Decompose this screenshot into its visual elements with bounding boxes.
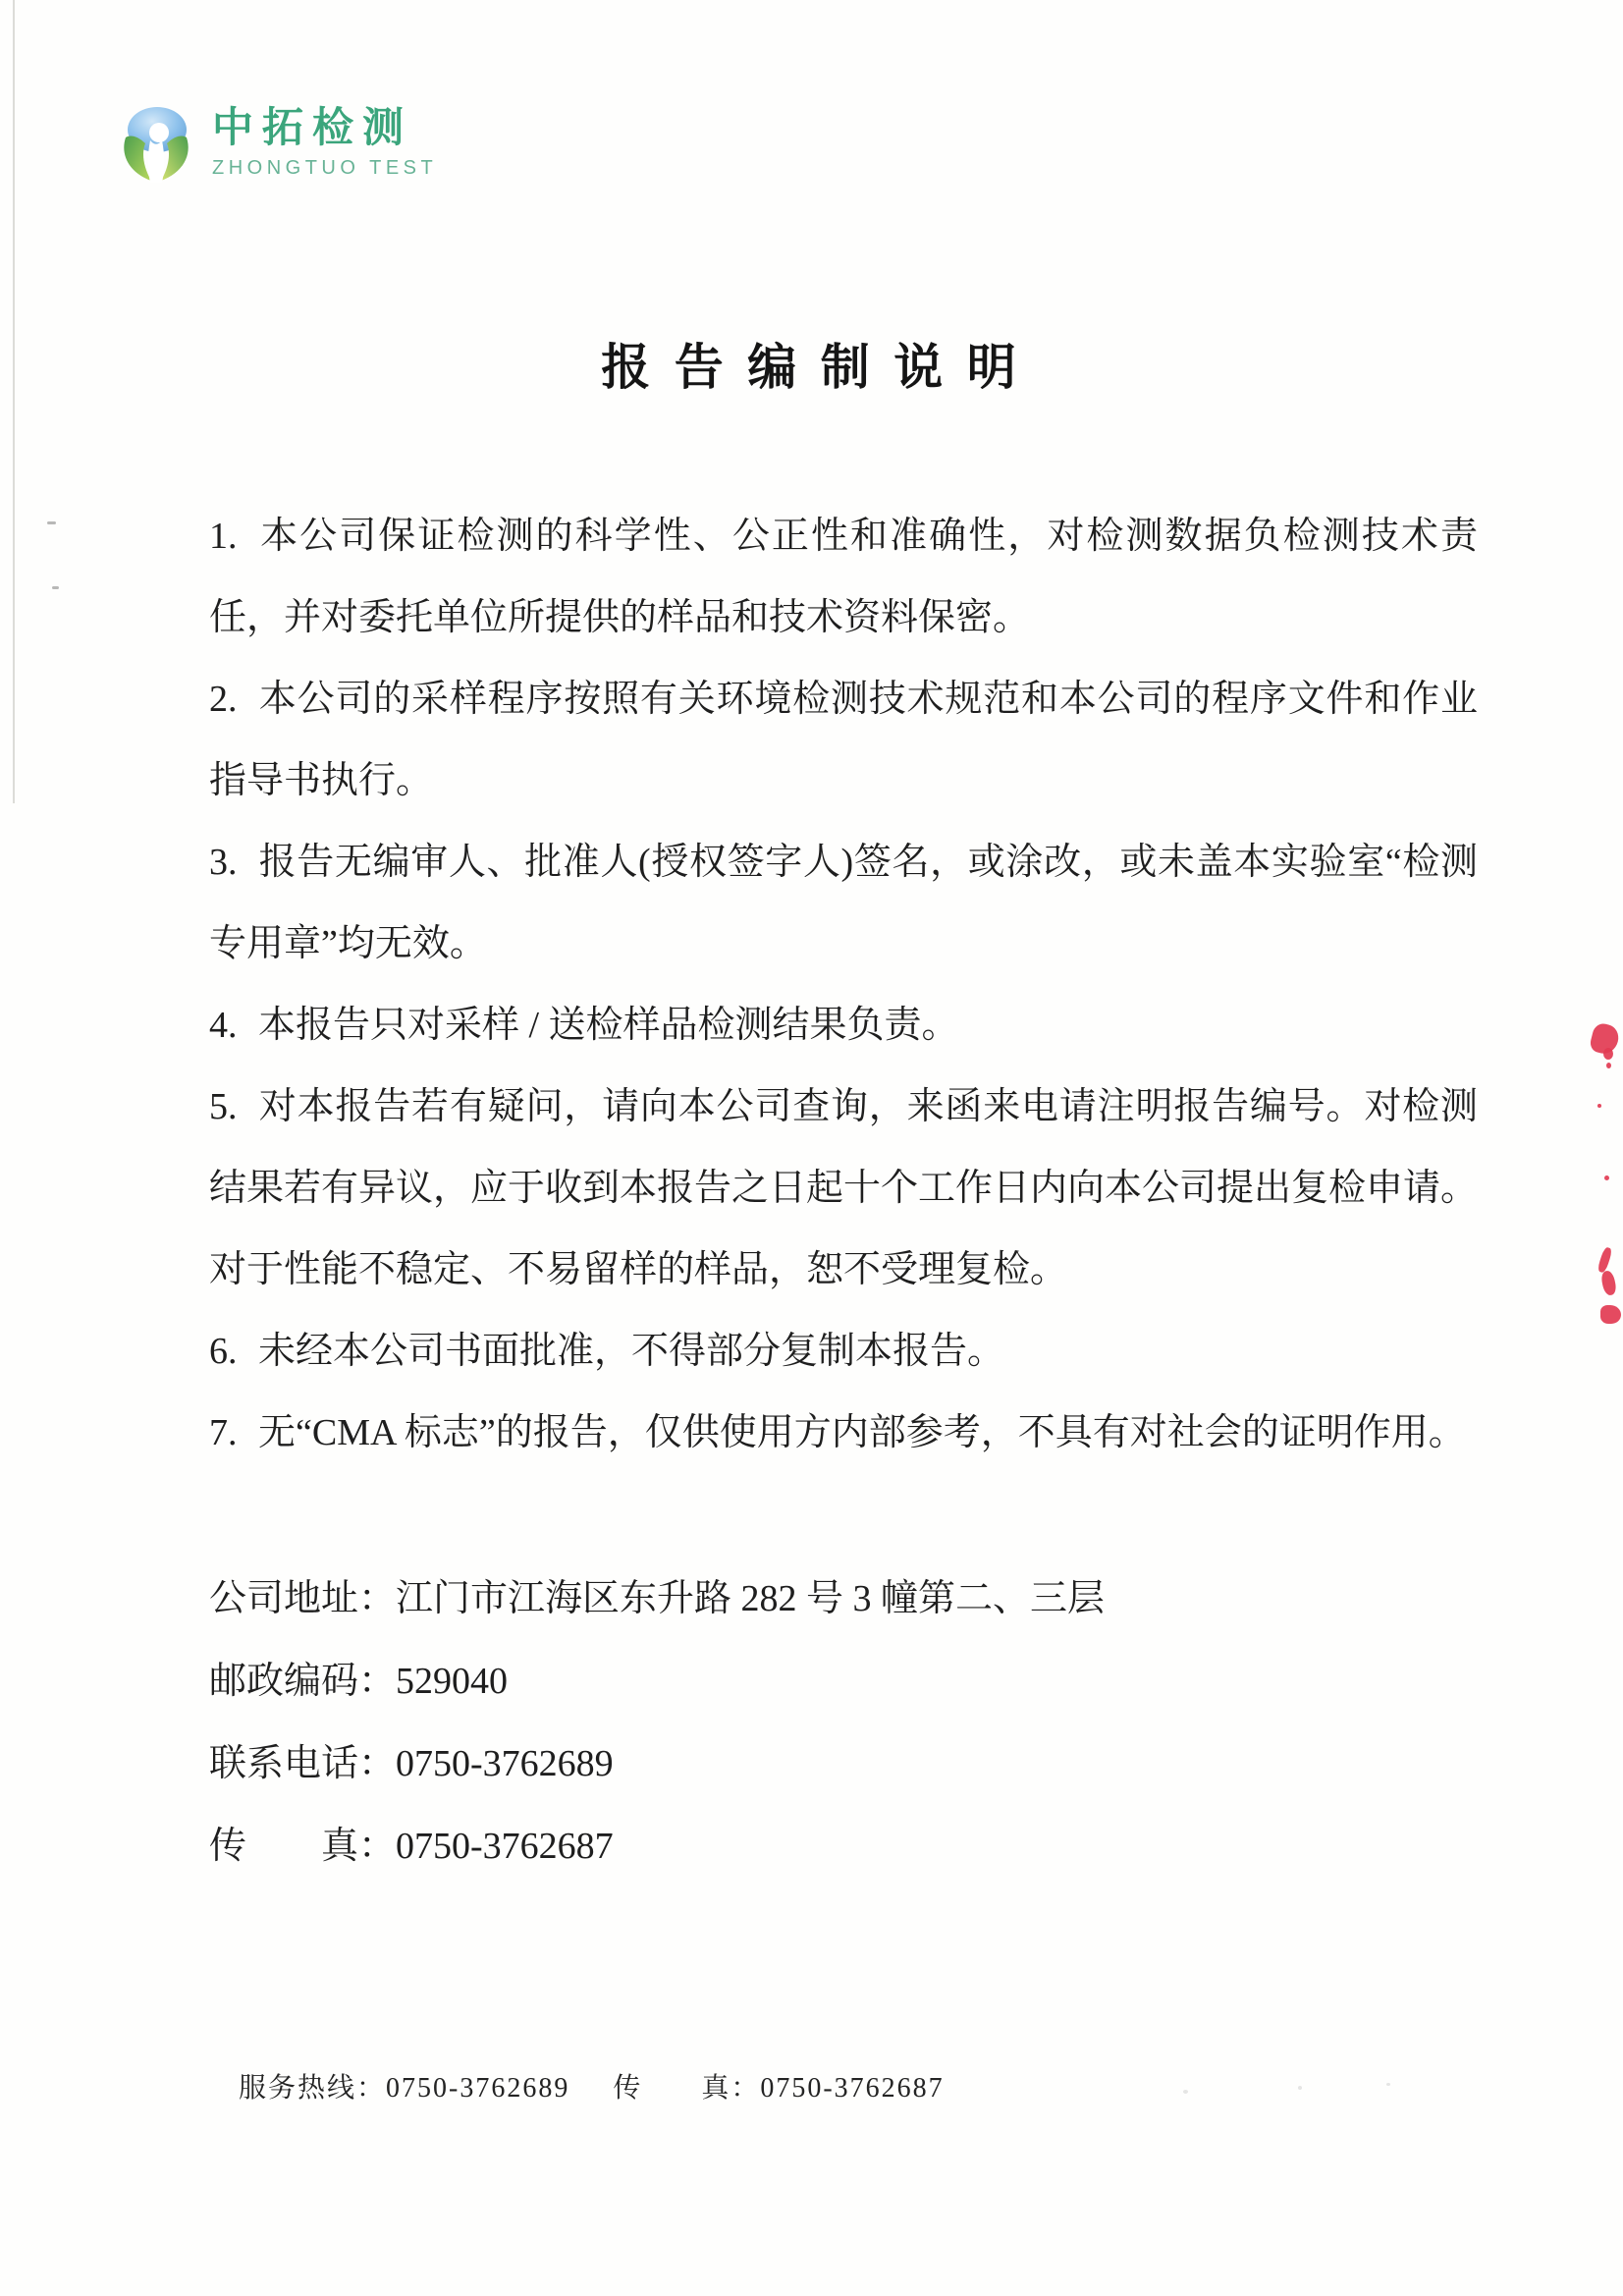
red-stamp-artifact (1596, 1246, 1613, 1274)
note-item-3: 3.报告无编审人、批准人(授权签字人)签名，或涂改，或未盖本实验室“检测专用章”… (209, 822, 1478, 985)
phone-value: 0750-3762689 (396, 1743, 614, 1784)
note-item-7: 7.无“CMA 标志”的报告，仅供使用方内部参考，不具有对社会的证明作用。 (209, 1393, 1478, 1474)
logo-name-en: ZHONGTUO TEST (212, 157, 437, 180)
note-number: 4. (209, 985, 258, 1066)
postcode-label: 邮政编码： (209, 1661, 396, 1702)
note-text: 无“CMA 标志”的报告，仅供使用方内部参考，不具有对社会的证明作用。 (258, 1412, 1466, 1453)
note-number: 7. (209, 1393, 258, 1474)
note-text: 未经本公司书面批准，不得部分复制本报告。 (258, 1331, 1004, 1372)
scan-ghost-speck (1183, 2090, 1188, 2094)
red-stamp-artifact (1606, 1063, 1611, 1068)
note-number: 1. (209, 496, 258, 577)
company-address-line: 公司地址：江门市江海区东升路 282 号 3 幢第二、三层 (209, 1558, 1105, 1640)
red-stamp-artifact (1603, 1048, 1613, 1060)
company-phone-line: 联系电话：0750-3762689 (209, 1722, 1105, 1805)
note-text: 对本报告若有疑问，请向本公司查询，来函来电请注明报告编号。对检测结果若有异议，应… (209, 1086, 1478, 1290)
red-stamp-artifact (1600, 1305, 1621, 1324)
note-item-5: 5.对本报告若有疑问，请向本公司查询，来函来电请注明报告编号。对检测结果若有异议… (209, 1066, 1478, 1311)
fax-value: 0750-3762687 (396, 1826, 614, 1867)
footer-hotline-label: 服务热线： (239, 2073, 386, 2104)
red-stamp-artifact (1600, 1270, 1618, 1296)
company-fax-line: 传 真：0750-3762687 (209, 1805, 1105, 1887)
note-number: 3. (209, 822, 258, 903)
note-number: 6. (209, 1311, 258, 1393)
footer-fax-value: 0750-3762687 (760, 2073, 944, 2104)
address-label: 公司地址： (209, 1578, 396, 1619)
red-stamp-artifact (1604, 1175, 1609, 1180)
page-title: 报 告 编 制 说 明 (0, 328, 1623, 399)
phone-label: 联系电话： (209, 1743, 396, 1784)
note-text: 本公司的采样程序按照有关环境检测技术规范和本公司的程序文件和作业指导书执行。 (209, 679, 1478, 801)
report-notes-list: 1.本公司保证检测的科学性、公正性和准确性，对检测数据负检测技术责任，并对委托单… (209, 496, 1478, 1474)
scan-speck (47, 521, 56, 524)
fax-label: 传 真： (209, 1826, 396, 1867)
note-item-4: 4.本报告只对采样 / 送检样品检测结果负责。 (209, 985, 1478, 1066)
footer-hotline-value: 0750-3762689 (386, 2073, 569, 2104)
person-leaf-logo-icon (118, 104, 194, 183)
scan-ghost-speck (1386, 2083, 1390, 2086)
logo-name-cn: 中拓检测 (212, 108, 437, 149)
company-info: 公司地址：江门市江海区东升路 282 号 3 幢第二、三层 邮政编码：52904… (209, 1558, 1105, 1887)
red-stamp-artifact (1597, 1104, 1601, 1108)
note-item-2: 2.本公司的采样程序按照有关环境检测技术规范和本公司的程序文件和作业指导书执行。 (209, 659, 1478, 822)
company-postcode-line: 邮政编码：529040 (209, 1640, 1105, 1722)
note-item-6: 6.未经本公司书面批准，不得部分复制本报告。 (209, 1311, 1478, 1393)
footer-fax-label: 传 真： (613, 2073, 760, 2104)
note-item-1: 1.本公司保证检测的科学性、公正性和准确性，对检测数据负检测技术责任，并对委托单… (209, 496, 1478, 659)
note-text: 报告无编审人、批准人(授权签字人)签名，或涂改，或未盖本实验室“检测专用章”均无… (209, 842, 1478, 964)
scan-ghost-speck (1298, 2086, 1302, 2090)
company-logo: 中拓检测 ZHONGTUO TEST (118, 104, 437, 183)
note-number: 2. (209, 659, 258, 740)
note-text: 本公司保证检测的科学性、公正性和准确性，对检测数据负检测技术责任，并对委托单位所… (209, 516, 1478, 638)
note-text: 本报告只对采样 / 送检样品检测结果负责。 (258, 1005, 959, 1046)
scanned-report-page: 中拓检测 ZHONGTUO TEST 报 告 编 制 说 明 1.本公司保证检测… (0, 0, 1623, 2296)
scan-speck (52, 586, 59, 589)
postcode-value: 529040 (396, 1661, 508, 1702)
page-footer: 服务热线：0750-3762689传 真：0750-3762687 (239, 2066, 945, 2105)
logo-text: 中拓检测 ZHONGTUO TEST (212, 104, 437, 180)
note-number: 5. (209, 1066, 258, 1148)
address-value: 江门市江海区东升路 282 号 3 幢第二、三层 (396, 1578, 1105, 1619)
scan-edge-line (13, 0, 15, 803)
